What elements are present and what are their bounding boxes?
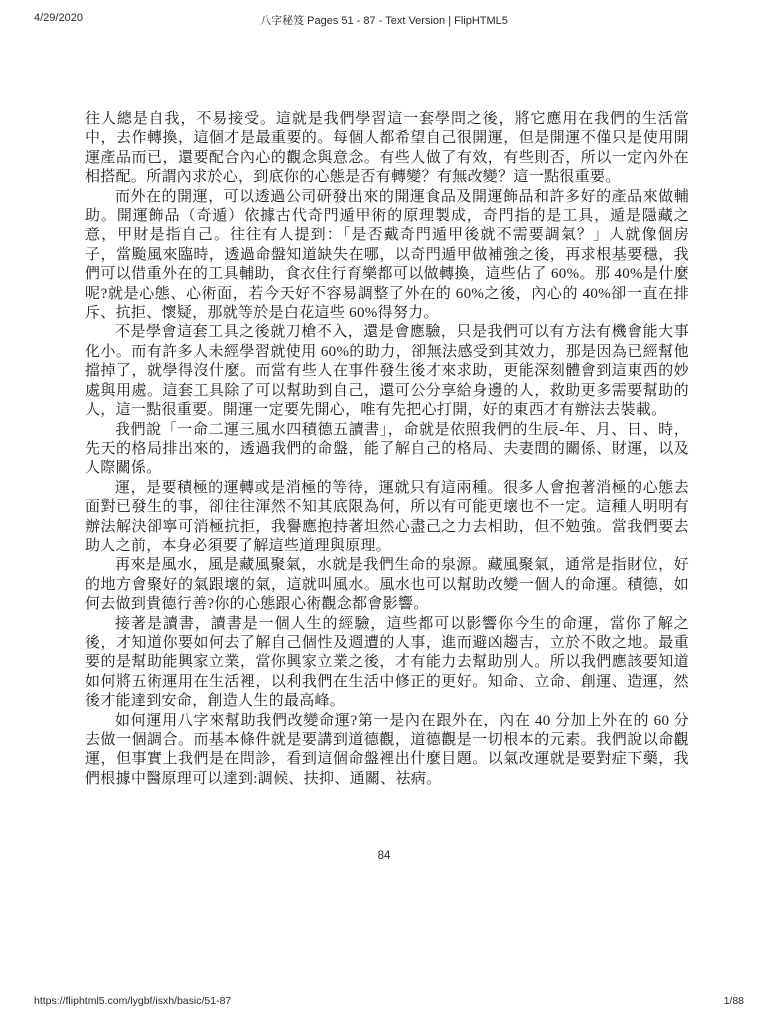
paragraph: 而外在的開運，可以透過公司研發出來的開運食品及開運飾品和許多好的產品來做輔助。開… <box>85 188 689 324</box>
paragraph: 運，是要積極的運轉或是消極的等待，運就只有這兩種。很多人會抱著消極的心態去面對已… <box>85 479 689 557</box>
paragraph: 接著是讀書，讀書是一個人生的經驗，這些都可以影響你今生的命運，當你了解之後，才知… <box>85 615 689 712</box>
paragraph: 往人總是自我，不易接受。這就是我們學習這一套學問之後，將它應用在我們的生活當中，… <box>85 110 689 188</box>
paragraph: 如何運用八字來幫助我們改變命運?第一是內在跟外在，內在 40 分加上外在的 60… <box>85 712 689 790</box>
page-number: 84 <box>0 850 768 862</box>
paragraph: 不是學會這套工具之後就刀槍不入，還是會應驗，只是我們可以有方法有機會能大事化小。… <box>85 323 689 420</box>
source-url: https://fliphtml5.com/lygbf/isxh/basic/5… <box>34 995 231 1007</box>
document-title: 八字秘笈 Pages 51 - 87 - Text Version | Flip… <box>34 12 734 28</box>
print-footer: https://fliphtml5.com/lygbf/isxh/basic/5… <box>34 995 744 1007</box>
page-indicator: 1/88 <box>724 995 744 1007</box>
print-header: 八字秘笈 Pages 51 - 87 - Text Version | Flip… <box>34 12 734 24</box>
page-text-block: 往人總是自我，不易接受。這就是我們學習這一套學問之後，將它應用在我們的生活當中，… <box>85 110 689 789</box>
paragraph: 再來是風水，風是藏風聚氣，水就是我們生命的泉源。藏風聚氣，通常是指財位，好的地方… <box>85 556 689 614</box>
paragraph: 我們說「一命二運三風水四積德五讀書」，命就是依照我們的生辰-年、月、日、時，先天… <box>85 421 689 479</box>
